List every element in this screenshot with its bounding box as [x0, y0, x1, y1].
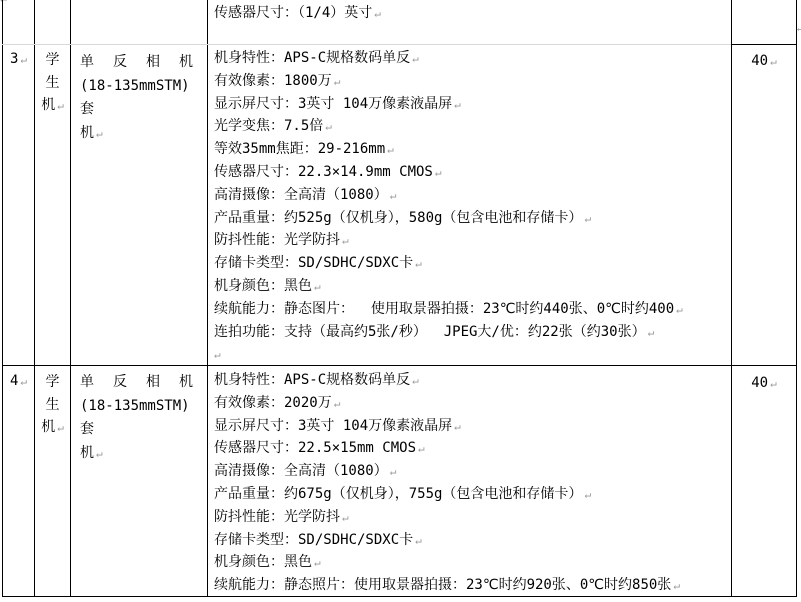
quantity-cell[interactable]: 40↵ — [732, 373, 796, 413]
paragraph-mark: ↵ — [582, 488, 591, 501]
paragraph-mark: ↵ — [94, 127, 103, 140]
item-name-line3: 机↵ — [80, 122, 193, 142]
paragraph-mark: ↵ — [452, 98, 461, 111]
paragraph-mark: ↵ — [674, 303, 683, 316]
spec-line: 高清摄像：全高清（1080）↵ — [214, 184, 736, 207]
spec-line: 续航能力：静态图片： 使用取景器拍摄：23℃时约440张、0℃时约400↵ — [214, 298, 736, 321]
paragraph-mark: ↵ — [312, 280, 321, 293]
paragraph-mark: ↵ — [388, 465, 397, 478]
spec-line: 产品重量：约675g（仅机身），755g（包含电池和存储卡）↵ — [214, 483, 736, 506]
spec-line: 机身颜色：黑色↵ — [214, 551, 736, 574]
paragraph-mark: ↵ — [416, 442, 425, 455]
spec-line-empty: ↵ — [214, 343, 736, 364]
row-divider — [2, 365, 797, 366]
paragraph-mark: ↵ — [18, 375, 27, 388]
paragraph-mark: ↵ — [323, 120, 332, 133]
spec-line: 光学变焦：7.5倍↵ — [214, 115, 736, 138]
spec-line: 续航能力：静态照片：使用取景器拍摄：23℃时约920张、0℃时约850张↵ — [214, 574, 736, 596]
specs-cell-continuation[interactable]: 传感器尺寸：（1/4）英寸↵ — [208, 2, 736, 44]
item-name-line1: 单反相机 — [80, 51, 193, 75]
spec-line: 机身特性：APS-C规格数码单反↵ — [214, 47, 736, 70]
paragraph-mark: ↵ — [413, 534, 422, 547]
row-number-cell[interactable]: 4↵ — [3, 371, 34, 411]
paragraph-mark: ↵ — [433, 166, 442, 179]
spec-line: 有效像素：1800万↵ — [214, 70, 736, 93]
spec-line: 有效像素：2020万↵ — [214, 392, 736, 415]
specs-cell[interactable]: 机身特性：APS-C规格数码单反↵ 有效像素：2020万↵ 显示屏尺寸：3英寸 … — [208, 369, 736, 596]
item-name-cell[interactable]: 单反相机 (18-135mmSTM)套 机↵ — [71, 371, 207, 461]
spec-table: 传感器尺寸：（1/4）英寸↵ 3↵ 学 生 机↵ 单反相机 (18-135mmS… — [2, 0, 797, 597]
paragraph-mark: ↵ — [385, 143, 394, 156]
spec-line: 防抖性能：光学防抖↵ — [214, 229, 736, 252]
paragraph-mark: ↵ — [55, 99, 64, 112]
paragraph-mark: ↵ — [388, 189, 397, 202]
spec-line: 传感器尺寸：22.5×15mm CMOS↵ — [214, 437, 736, 460]
spec-line: 产品重量：约525g（仅机身），580g（包含电池和存储卡）↵ — [214, 207, 736, 230]
spec-line: 传感器尺寸：22.3×14.9mm CMOS↵ — [214, 161, 736, 184]
spec-line: 显示屏尺寸：3英寸 104万像素液晶屏↵ — [214, 93, 736, 116]
paragraph-mark: ↵ — [214, 348, 221, 361]
paragraph-mark: ↵ — [582, 212, 591, 225]
row-end-mark: ↵ — [797, 24, 801, 34]
spec-line: 机身颜色：黑色↵ — [214, 275, 736, 298]
spec-line: 机身特性：APS-C规格数码单反↵ — [214, 369, 736, 392]
item-name-line3: 机↵ — [80, 442, 193, 462]
category-cell[interactable]: 学 生 机↵ — [35, 371, 70, 461]
paragraph-mark: ↵ — [452, 420, 461, 433]
category-cell[interactable]: 学 生 机↵ — [35, 49, 70, 139]
item-name-line2: (18-135mmSTM)套 — [80, 75, 193, 122]
paragraph-mark: ↵ — [332, 75, 341, 88]
category-last-line: 机↵ — [35, 94, 70, 118]
paragraph-mark: ↵ — [372, 7, 381, 20]
quantity-value: 40 — [751, 375, 768, 391]
paragraph-mark: ↵ — [18, 53, 27, 66]
paragraph-mark: ↵ — [671, 579, 680, 592]
document-page: ↵ ↵ 传感器尺寸：（1/4）英寸↵ 3↵ 学 生 机↵ 单反相机 — [0, 0, 801, 602]
paragraph-mark: ↵ — [413, 257, 422, 270]
paragraph-mark: ↵ — [768, 55, 777, 68]
paragraph-mark: ↵ — [312, 556, 321, 569]
spec-line: 等效35mm焦距：29-216mm↵ — [214, 138, 736, 161]
quantity-value: 40 — [751, 53, 768, 69]
spec-line: 传感器尺寸：（1/4）英寸↵ — [214, 2, 736, 25]
paragraph-mark: ↵ — [646, 326, 655, 339]
item-name-line2: (18-135mmSTM)套 — [80, 395, 193, 442]
paragraph-mark: ↵ — [410, 52, 419, 65]
table-border-bottom — [2, 596, 797, 597]
spec-line: 防抖性能：光学防抖↵ — [214, 506, 736, 529]
spec-line: 显示屏尺寸：3英寸 104万像素液晶屏↵ — [214, 415, 736, 438]
row-number-cell[interactable]: 3↵ — [3, 49, 34, 89]
table-border-left — [2, 0, 3, 597]
row-divider-light — [2, 44, 731, 45]
spec-line: 存储卡类型：SD/SDHC/SDXC卡↵ — [214, 252, 736, 275]
spec-line: 存储卡类型：SD/SDHC/SDXC卡↵ — [214, 529, 736, 552]
table-border-right — [796, 0, 797, 597]
paragraph-mark: ↵ — [768, 377, 777, 390]
paragraph-mark: ↵ — [410, 374, 419, 387]
paragraph-mark: ↵ — [332, 397, 341, 410]
paragraph-mark: ↵ — [55, 421, 64, 434]
paragraph-mark: ↵ — [94, 447, 103, 460]
item-name-cell[interactable]: 单反相机 (18-135mmSTM)套 机↵ — [71, 51, 207, 141]
specs-cell[interactable]: 机身特性：APS-C规格数码单反↵ 有效像素：1800万↵ 显示屏尺寸：3英寸 … — [208, 47, 736, 364]
paragraph-mark: ↵ — [340, 234, 349, 247]
spec-line: 高清摄像：全高清（1080）↵ — [214, 460, 736, 483]
row-divider-dark-segment — [731, 44, 797, 45]
spec-line: 连拍功能：支持（最高约5张/秒） JPEG大/优：约22张（约30张）↵ — [214, 321, 736, 344]
quantity-cell[interactable]: 40↵ — [732, 51, 796, 91]
category-last-line: 机↵ — [35, 416, 70, 440]
paragraph-mark: ↵ — [340, 511, 349, 524]
item-name-line1: 单反相机 — [80, 371, 193, 395]
